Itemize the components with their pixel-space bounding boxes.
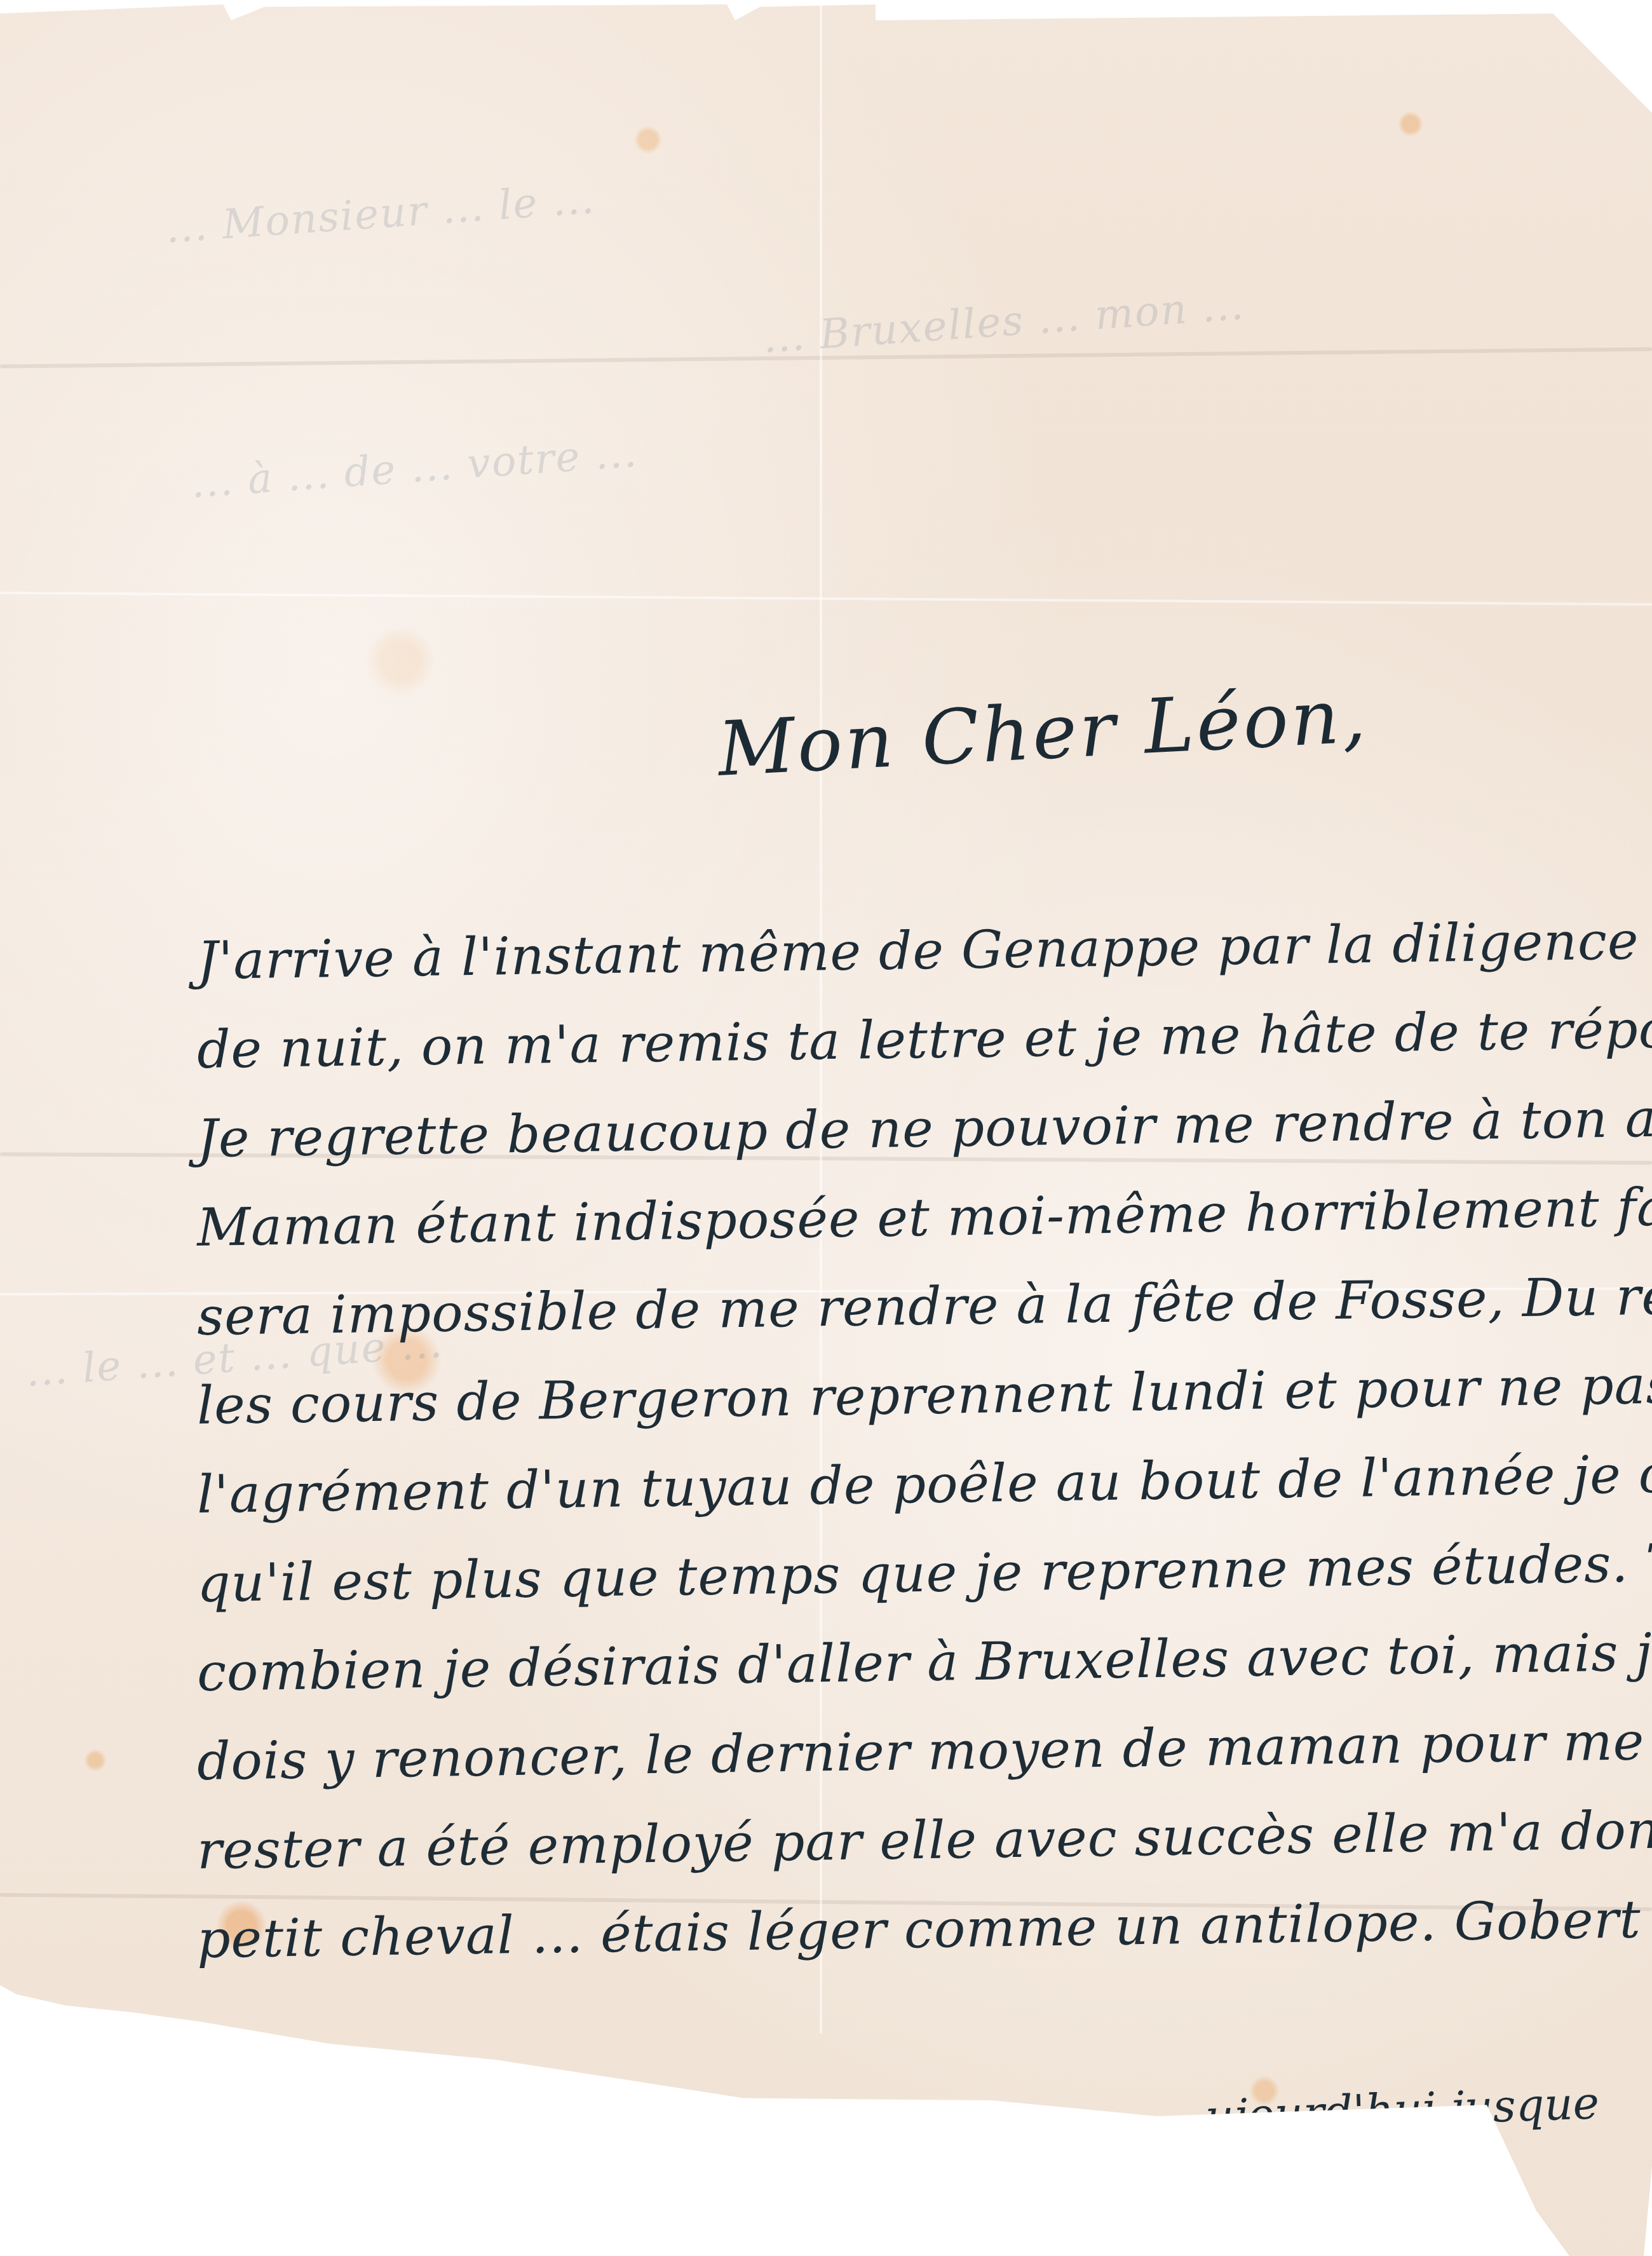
- letter-line: petit cheval ... étais léger comme un an…: [196, 1890, 1608, 1970]
- letter-line: Je regrette beaucoup de ne pouvoir me re…: [196, 1089, 1608, 1169]
- torn-fragment-text: ...ujourd'hui jusque: [1162, 2077, 1601, 2144]
- letter-salutation: Mon Cher Léon,: [715, 671, 1370, 792]
- letter-line: dois y renoncer, le dernier moyen de mam…: [196, 1712, 1608, 1792]
- bleed-through-text: ... Bruxelles ... mon ...: [761, 282, 1246, 363]
- letter-line: combien je désirais d'aller à Bruxelles …: [196, 1623, 1608, 1703]
- letter-line: l'agrément d'un tuyau de poêle au bout d…: [196, 1445, 1608, 1525]
- letter-line: sera impossible de me rendre à la fête d…: [196, 1267, 1608, 1347]
- letter-line: J'arrive à l'instant même de Genappe par…: [196, 911, 1608, 991]
- letter-sheet: ... Monsieur ... le ... ... Bruxelles ..…: [0, 0, 1652, 2256]
- paper-crease: [0, 592, 1652, 606]
- letter-line: de nuit, on m'a remis ta lettre et je me…: [196, 1000, 1608, 1080]
- letter-line: Maman étant indisposée et moi-même horri…: [196, 1178, 1608, 1258]
- bleed-through-text: ... Monsieur ... le ...: [164, 175, 597, 252]
- bleed-through-text: ... à ... de ... votre ...: [189, 430, 639, 508]
- letter-line: rester a été employé par elle avec succè…: [196, 1801, 1608, 1881]
- letter-line: qu'il est plus que temps que je reprenne…: [196, 1534, 1608, 1614]
